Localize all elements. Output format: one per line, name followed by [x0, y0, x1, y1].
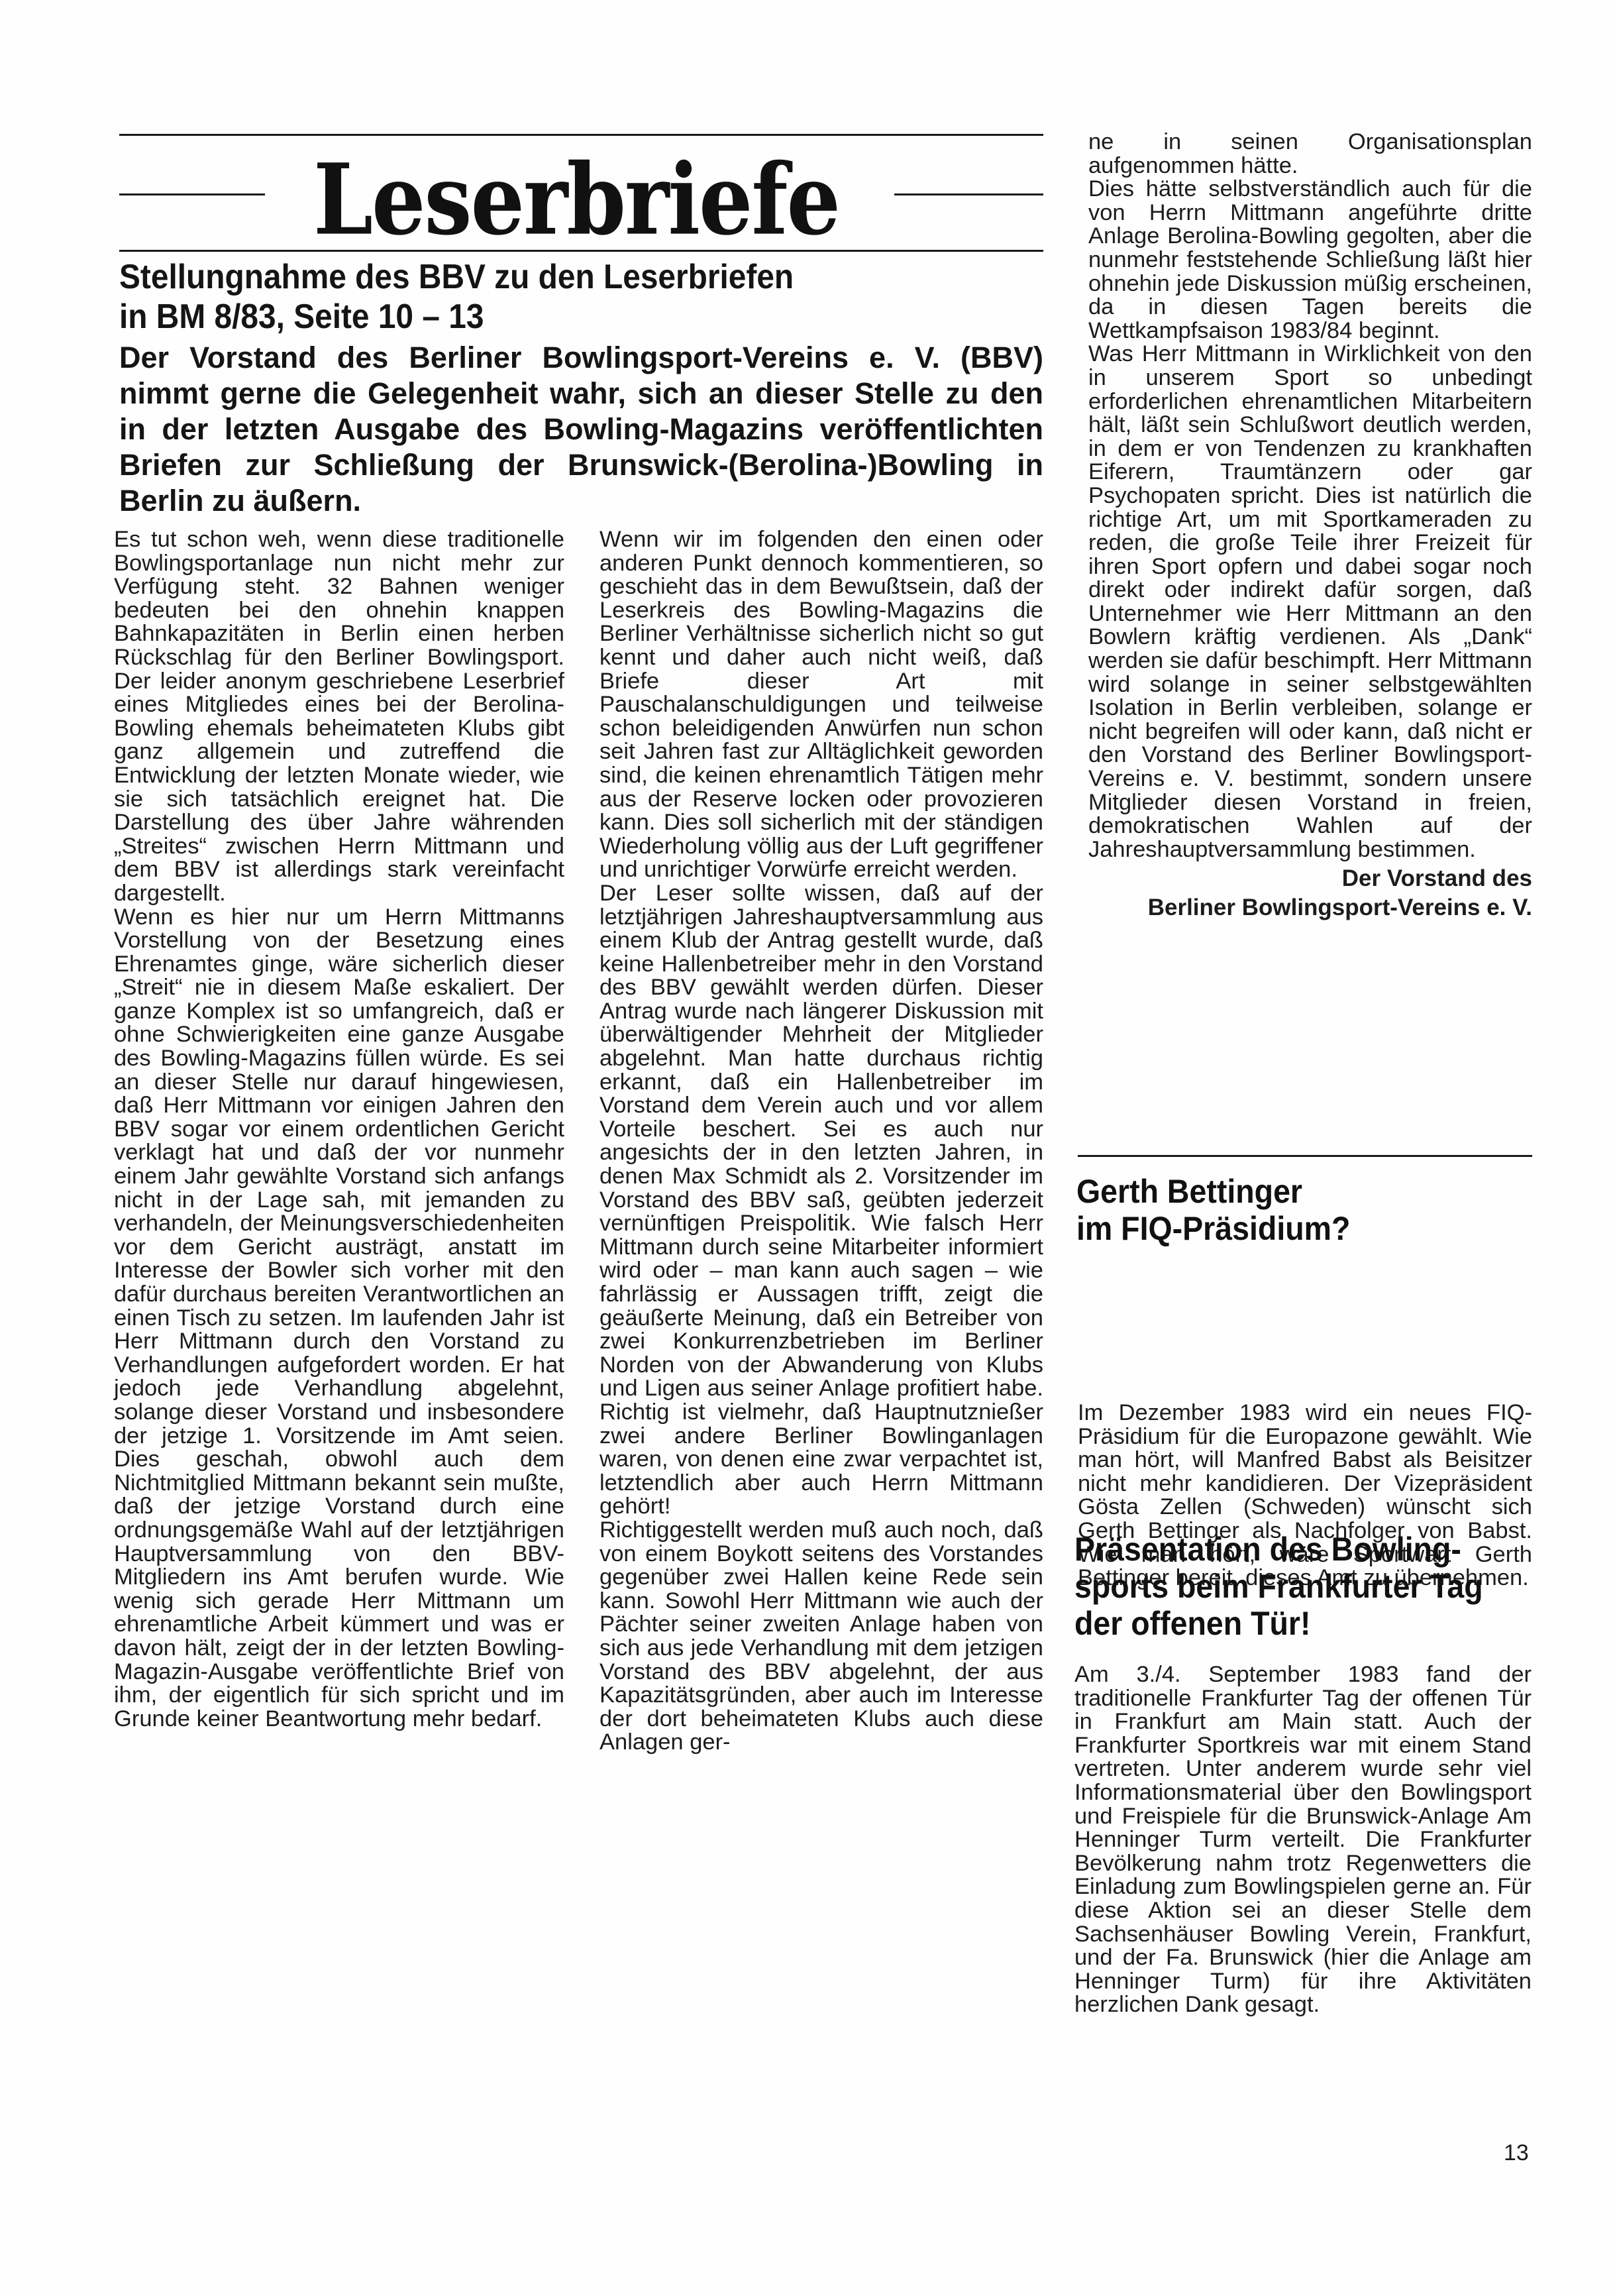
frankfurt-headline-line2: sports beim Frankfurter Tag	[1074, 1568, 1524, 1605]
masthead-bottom-rule	[119, 250, 1043, 252]
paragraph: Der Leser sollte wissen, daß auf der let…	[599, 882, 1043, 1519]
article-divider	[1078, 1155, 1532, 1157]
lead-headline-line1: Stellungnahme des BBV zu den Leserbriefe…	[119, 257, 972, 297]
section-title: Leserbriefe	[278, 139, 874, 261]
fiq-headline-line1: Gerth Bettinger	[1076, 1173, 1520, 1210]
paragraph: Richtiggestellt werden muß auch noch, da…	[599, 1519, 1043, 1755]
lead-deck: Der Vorstand des Berliner Bowlingsport-V…	[119, 340, 1043, 519]
masthead-top-rule	[119, 134, 1043, 136]
frankfurt-headline-line3: der offenen Tür!	[1074, 1605, 1524, 1642]
signature: Der Vorstand des Berliner Bowlingsport-V…	[1088, 864, 1532, 922]
paragraph: Wenn es hier nur um Herrn Mittmanns Vors…	[114, 906, 564, 1731]
fiq-headline: Gerth Bettinger im FIQ-Präsidium?	[1076, 1173, 1520, 1247]
paragraph: Wenn wir im folgenden den einen oder and…	[599, 528, 1043, 882]
paragraph: ne in seinen Organisationsplan aufgenomm…	[1088, 131, 1532, 178]
frankfurt-headline-line1: Präsentation des Bowling-	[1074, 1531, 1524, 1568]
lead-headline: Stellungnahme des BBV zu den Leserbriefe…	[119, 257, 972, 337]
body-column-3: ne in seinen Organisationsplan aufgenomm…	[1088, 131, 1532, 922]
frankfurt-body: Am 3./4. September 1983 fand der traditi…	[1074, 1663, 1532, 2017]
masthead-dash-right	[894, 193, 1043, 195]
masthead-dash-left	[119, 193, 265, 195]
signature-line1: Der Vorstand des	[1088, 864, 1532, 893]
paragraph: Es tut schon weh, wenn diese traditionel…	[114, 528, 564, 906]
magazine-page: Leserbriefe Stellungnahme des BBV zu den…	[0, 0, 1613, 2296]
body-column-2: Wenn wir im folgenden den einen oder and…	[599, 528, 1043, 1755]
body-column-1: Es tut schon weh, wenn diese traditionel…	[114, 528, 564, 1731]
signature-line2: Berliner Bowlingsport-Vereins e. V.	[1088, 893, 1532, 922]
frankfurt-headline: Präsentation des Bowling- sports beim Fr…	[1074, 1531, 1524, 1642]
fiq-headline-line2: im FIQ-Präsidium?	[1076, 1210, 1520, 1247]
paragraph: Was Herr Mittmann in Wirklichkeit von de…	[1088, 343, 1532, 861]
lead-headline-line2: in BM 8/83, Seite 10 – 13	[119, 297, 972, 337]
page-number: 13	[1504, 2140, 1529, 2166]
paragraph: Am 3./4. September 1983 fand der traditi…	[1074, 1663, 1532, 2017]
paragraph: Dies hätte selbstverständlich auch für d…	[1088, 178, 1532, 343]
